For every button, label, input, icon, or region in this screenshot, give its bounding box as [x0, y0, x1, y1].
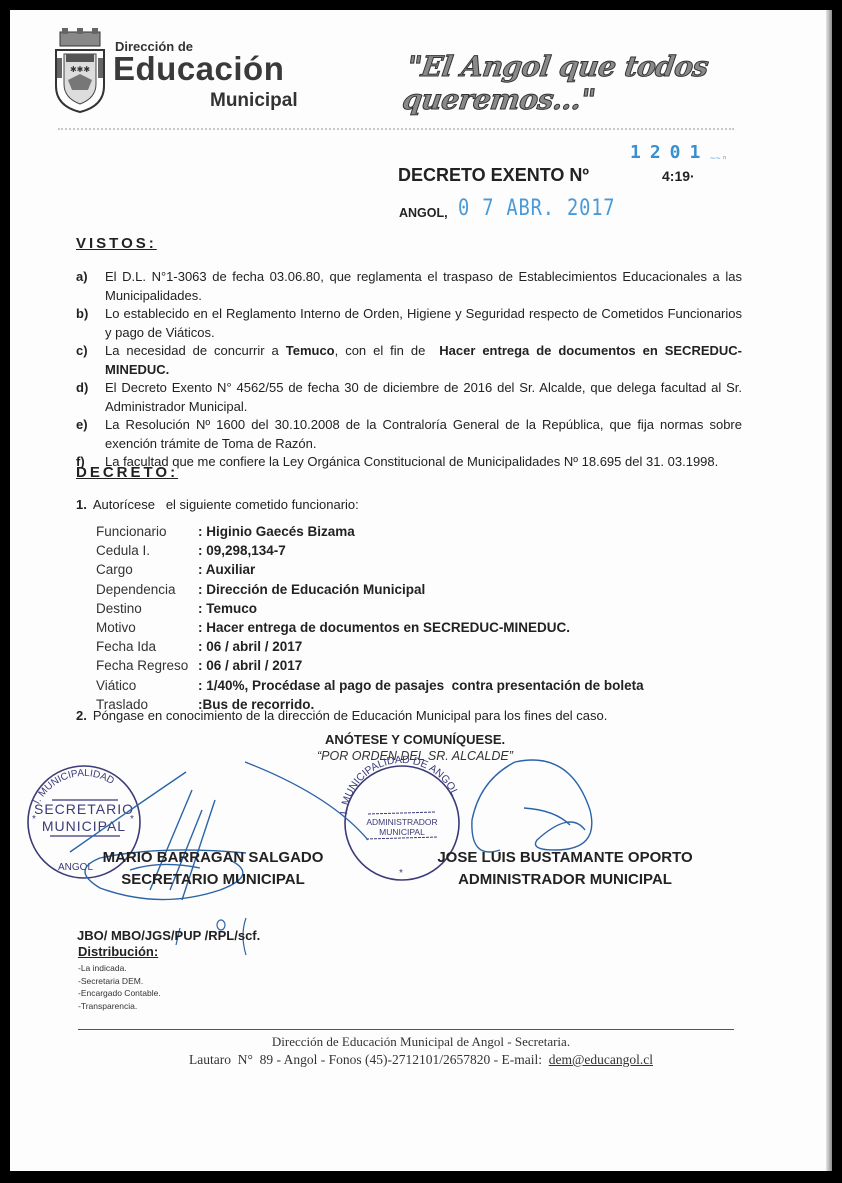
decreto-item-1: 1.Autorícese el siguiente cometido funci…: [76, 497, 359, 512]
signer-name: JOSE LUIS BUSTAMANTE OPORTO: [415, 847, 715, 869]
administrator-signature-icon: [472, 760, 592, 852]
item-text-part: , con el fin de: [335, 343, 440, 358]
administrator-signature-block: JOSE LUIS BUSTAMANTE OPORTO ADMINISTRADO…: [415, 847, 715, 891]
vistos-item: c) La necesidad de concurrir a Temuco, c…: [76, 342, 742, 379]
vistos-item: e) La Resolución Nº 1600 del 30.10.2008 …: [76, 416, 742, 453]
email-link[interactable]: dem@educangol.cl: [549, 1052, 653, 1067]
signer-role: SECRETARIO MUNICIPAL: [68, 869, 358, 891]
svg-text:*: *: [32, 814, 36, 825]
item-letter: d): [76, 379, 105, 416]
slogan: "El Angol que todos queremos...": [400, 50, 832, 116]
field-row: Cedula I.: 09,298,134-7: [96, 541, 644, 560]
by-order-line: “POR ORDEN DEL SR. ALCALDE”: [317, 749, 513, 763]
field-value: : 06 / abril / 2017: [198, 656, 302, 675]
field-value: : 1/40%, Procédase al pago de pasajes co…: [198, 676, 644, 695]
field-value: : Dirección de Educación Municipal: [198, 580, 425, 599]
item-text: El D.L. N°1-3063 de fecha 03.06.80, que …: [105, 268, 742, 305]
item-number: 2.: [76, 708, 87, 723]
decreto-heading: DECRETO:: [76, 464, 178, 481]
field-value: : Auxiliar: [198, 560, 255, 579]
field-label: Funcionario: [96, 522, 198, 541]
item-text: La facultad que me confiere la Ley Orgán…: [105, 453, 742, 472]
field-row: Fecha Regreso: 06 / abril / 2017: [96, 656, 644, 675]
item-text-part: La necesidad de concurrir a: [105, 343, 286, 358]
svg-text:✱✱✱: ✱✱✱: [70, 65, 90, 74]
header-divider: [58, 128, 734, 130]
responsible-initials: JBO/ MBO/JGS/PUP /RPL/scf.: [77, 928, 260, 943]
footer-address: Lautaro N° 89 - Angol - Fonos (45)-27121…: [189, 1052, 549, 1067]
svg-text:ADMINISTRADOR: ADMINISTRADOR: [366, 817, 437, 827]
svg-text:MUNICIPAL: MUNICIPAL: [379, 827, 425, 837]
municipal-crest-icon: ✱✱✱: [50, 28, 110, 114]
field-value: : Higinio Gaecés Bizama: [198, 522, 355, 541]
field-label: Cedula I.: [96, 541, 198, 560]
field-value: : 09,298,134-7: [198, 541, 286, 560]
secretary-signature-block: MARIO BARRAGAN SALGADO SECRETARIO MUNICI…: [68, 847, 358, 891]
place-label: ANGOL,: [399, 206, 448, 220]
field-label: Viático: [96, 676, 198, 695]
field-row: Motivo: Hacer entrega de documentos en S…: [96, 618, 644, 637]
vistos-list: a) El D.L. N°1-3063 de fecha 03.06.80, q…: [76, 268, 742, 472]
footer-divider: [78, 1029, 734, 1030]
item-letter: e): [76, 416, 105, 453]
svg-text:MUNICIPAL: MUNICIPAL: [42, 818, 126, 834]
field-row: Viático: 1/40%, Procédase al pago de pas…: [96, 676, 644, 695]
destination-emphasis: Temuco: [286, 343, 335, 358]
field-label: Cargo: [96, 560, 198, 579]
svg-text:I. MUNICIPALIDAD: I. MUNICIPALIDAD: [32, 768, 116, 806]
handwritten-decree-number: 4:19·: [662, 168, 695, 184]
field-row: Dependencia: Dirección de Educación Muni…: [96, 580, 644, 599]
field-row: Destino: Temuco: [96, 599, 644, 618]
page-edge-shadow: [826, 10, 832, 1171]
vistos-heading: VISTOS:: [76, 235, 157, 252]
field-row: Funcionario: Higinio Gaecés Bizama: [96, 522, 644, 541]
field-label: Motivo: [96, 618, 198, 637]
field-label: Fecha Ida: [96, 637, 198, 656]
item-number: 1.: [76, 497, 87, 512]
distribution-item: -Encargado Contable.: [78, 987, 161, 1000]
field-value: : Temuco: [198, 599, 257, 618]
item-letter: b): [76, 305, 105, 342]
distribution-heading: Distribución:: [78, 944, 158, 959]
vistos-item: a) El D.L. N°1-3063 de fecha 03.06.80, q…: [76, 268, 742, 305]
item-text: Lo establecido en el Reglamento Interno …: [105, 305, 742, 342]
item-text: La necesidad de concurrir a Temuco, con …: [105, 342, 742, 379]
distribution-item: -Secretaria DEM.: [78, 975, 161, 988]
svg-text:I. MUNICIPALIDAD DE ANGOL: I. MUNICIPALIDAD DE ANGOL: [338, 754, 461, 815]
field-label: Destino: [96, 599, 198, 618]
signer-name: MARIO BARRAGAN SALGADO: [68, 847, 358, 869]
distribution-list: -La indicada. -Secretaria DEM. -Encargad…: [78, 962, 161, 1012]
svg-text:SECRETARIO: SECRETARIO: [34, 801, 134, 817]
svg-text:*: *: [130, 814, 134, 825]
item-text: Póngase en conocimiento de la dirección …: [93, 708, 608, 723]
item-text: Autorícese el siguiente cometido funcion…: [93, 497, 359, 512]
field-value: : Hacer entrega de documentos en SECREDU…: [198, 618, 570, 637]
footer-org-line: Dirección de Educación Municipal de Ango…: [10, 1034, 832, 1050]
org-name-line2: Educación: [113, 52, 284, 85]
svg-text:*: *: [399, 868, 403, 879]
date-stamp: 0 7 ABR. 2017: [458, 196, 615, 221]
distribution-item: -Transparencia.: [78, 1000, 161, 1013]
field-label: Fecha Regreso: [96, 656, 198, 675]
decree-title: DECRETO EXENTO Nº: [398, 165, 589, 186]
item-text: El Decreto Exento N° 4562/55 de fecha 30…: [105, 379, 742, 416]
item-letter: c): [76, 342, 105, 379]
vistos-item: b) Lo establecido en el Reglamento Inter…: [76, 305, 742, 342]
handwritten-mark: ~~ ⁿ: [710, 153, 726, 163]
field-label: Dependencia: [96, 580, 198, 599]
footer-contact-line: Lautaro N° 89 - Angol - Fonos (45)-27121…: [10, 1052, 832, 1068]
field-row: Cargo: Auxiliar: [96, 560, 644, 579]
decree-stamp-number: 1201: [630, 142, 709, 163]
item-letter: a): [76, 268, 105, 305]
field-value: : 06 / abril / 2017: [198, 637, 302, 656]
item-text: La Resolución Nº 1600 del 30.10.2008 de …: [105, 416, 742, 453]
closing-formula: ANÓTESE Y COMUNÍQUESE.: [325, 732, 505, 747]
field-row: Fecha Ida: 06 / abril / 2017: [96, 637, 644, 656]
decreto-item-2: 2.Póngase en conocimiento de la direcció…: [76, 708, 607, 723]
signer-role: ADMINISTRADOR MUNICIPAL: [415, 869, 715, 891]
vistos-item: d) El Decreto Exento N° 4562/55 de fecha…: [76, 379, 742, 416]
document-page: ✱✱✱ Dirección de Educación Municipal "El…: [10, 10, 832, 1171]
signature-stroke: [245, 762, 368, 840]
assignment-fields: Funcionario: Higinio Gaecés BizamaCedula…: [96, 522, 644, 714]
org-name-line3: Municipal: [210, 90, 298, 112]
distribution-item: -La indicada.: [78, 962, 161, 975]
